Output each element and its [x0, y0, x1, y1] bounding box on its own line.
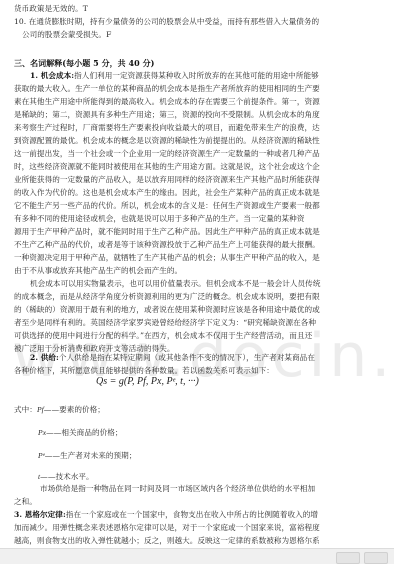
text-line: 业所能获得的一定数量的产品收入，是以放弃用同样的经济资源来生产其他产品时所能获得 — [14, 175, 354, 185]
text-line: 是稀缺的；第二，资源具有多种生产用途；第三，资源的投向不受限制。从机会成本的角度 — [14, 110, 354, 120]
supply-function-formula: Qs = g(P, Pf, Px, Pᵉ, t, ···) — [96, 376, 199, 387]
text-line: 到资源配置的最优。机会成本的概念是以资源的稀缺性为前提提出的。从经济资源的稀缺性 — [14, 136, 354, 146]
text-line: 市场供给是指一种物品在同一时间及同一市场区域内各个经济单位供给的水平相加 — [40, 484, 354, 494]
text-line: 不生产乙种产品的代价，或者是等于该种资源投放于乙种产品生产上可能获得的最大报酬。 — [14, 240, 354, 250]
text-line: 10. 在通货膨胀时期，持有少量债务的公司的股票会从中受益，而持有那些借入大量债… — [14, 17, 354, 27]
text-line: 源用于生产甲种产品时，就不能同时用于生产乙种产品。因此生产甲种产品的真正成本就是 — [14, 227, 354, 237]
text-line: 素在其他生产用途中所能得到的最高收入。机会成本的存在需要三个前提条件。第一，资源 — [14, 97, 354, 107]
text-line: 者至少是同样有利的。英国经济学家罗宾逊曾经给经济学下定义为：“研究稀缺资源在各种 — [14, 318, 354, 328]
text-line: 加而减少。用弹性概念来表述恩格尔定律可以是，对于一个家庭或一个国家来说，富裕程度 — [14, 523, 354, 533]
text-line: 越高，则食物支出的收入弹性就越小；反之，则越大。反映这一定律的系数被称为恩格尔系 — [14, 536, 354, 546]
definition-row: Pᵉ——生产者对未来的预期； — [38, 451, 354, 461]
viewer-bottom-bar — [0, 548, 394, 564]
text-line: 这一前提出发，当一个社会或一个企业用一定的经济资源生产一定数量的一种或者几种产品 — [14, 149, 354, 159]
text-line: 的（稀缺的）资源用于最有利的地方，或者说在使用某种资源时应该是各种用途中最优的或 — [14, 305, 354, 315]
term-paragraph: 2. 供给:个人供给是指在某特定期间（或其他条件不变的情况下），生产者对某商品在 — [30, 353, 354, 363]
viewer-button[interactable] — [336, 552, 360, 564]
text-line: 机会成本可以用实物量表示，也可以用价值量表示。但机会成本不是一般会计人员传统 — [30, 279, 354, 289]
section-heading: 三、名词解释(每小题 5 分，共 40 分) — [14, 58, 354, 68]
text-line: 一种资源决定用于甲种产品，就牺牲了生产其他产品的机会；从事生产甲种产品的收入，是 — [14, 253, 354, 263]
definition-row: t——技术水平。 — [38, 472, 354, 482]
text-line: 获取的最大收入。生产一单位的某种商品的机会成本是指生产者所放弃的使用相同的生产要 — [14, 84, 354, 94]
term-title: 3. 恩格尔定律: — [14, 510, 66, 519]
text-line: 它不能生产另一些产品的代价。所以，机会成本的含义是：任何生产资源或生产要素一般都 — [14, 201, 354, 211]
text-line: 时，这些经济资源就不能同时被使用在其他的生产用途方面。这就是说，这个社会或这个企 — [14, 162, 354, 172]
term-title: 1. 机会成本: — [30, 71, 74, 80]
text-line: 有多种不同的使用途径或机会，也就是说可以用于多种产品的生产。当一定量的某种资 — [14, 214, 354, 224]
text-line: 各种价格下，其所愿意供且能够提供的各种数量。若以函数关系可表示如下： — [14, 366, 354, 376]
text-line: 的成本概念，而是从经济学角度分析资源利用的更为广泛的概念。机会成本说明，要把有限 — [14, 292, 354, 302]
term-paragraph: 3. 恩格尔定律:指在一个家庭或在一个国家中，食物支出在收入中所占的比例随着收入… — [14, 510, 354, 520]
text-line: 货币政策是无效的。T — [14, 4, 354, 14]
text-line: 之和。 — [14, 497, 354, 507]
text-line: 公司的股票会蒙受损失。F — [22, 30, 354, 40]
term-title: 2. 供给: — [30, 353, 59, 362]
text-line: 的收入作为代价的。这也是机会成本产生的缘由。因此，社会生产某种产品的真正成本就是 — [14, 188, 354, 198]
text-line: 由于不从事或放弃其他产品生产的机会而产生的。 — [14, 266, 354, 276]
viewer-button[interactable] — [364, 552, 388, 564]
definition-row: 式中：Pf——要素的价格； — [14, 405, 354, 415]
term-paragraph: 1. 机会成本:指人们利用一定资源获得某种收入时所放弃的在其他可能的用途中所能够 — [30, 71, 354, 81]
text-line: 可供选择的使用中间进行分配的科学。”在西方，机会成本不仅用于生产经营活动，而且还 — [14, 331, 354, 341]
text-line: 来考察生产过程时，厂商需要将生产要素投向收益最大的项目，而避免带来生产的浪费，达 — [14, 123, 354, 133]
document-page: www.docin.com 货币政策是无效的。T 10. 在通货膨胀时期，持有少… — [0, 0, 394, 548]
definition-row: Px——相关商品的价格； — [38, 428, 354, 438]
